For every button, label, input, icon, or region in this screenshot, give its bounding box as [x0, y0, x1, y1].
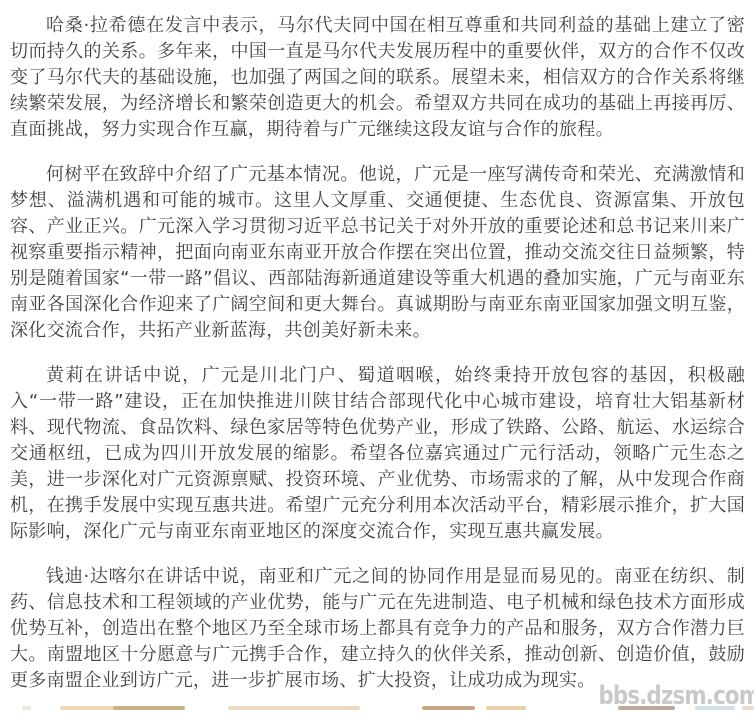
watermark: bbs.dzsm.com	[598, 681, 754, 711]
photo-strip-segment	[228, 706, 360, 710]
paragraph-speech-chandy-dakar: 钱迪·达喀尔在讲话中说，南亚和广元之间的协同作用是显而易见的。南亚在纺织、制药、…	[10, 564, 745, 694]
photo-strip-segment	[22, 706, 31, 710]
article-page: 哈桑·拉希德在发言中表示，马尔代夫同中国在相互尊重和共同利益的基础上建立了密切而…	[0, 0, 754, 714]
photo-strip-segment	[422, 706, 475, 710]
photo-strip-segment	[60, 706, 115, 710]
paragraph-speech-hassan-rasheed: 哈桑·拉希德在发言中表示，马尔代夫同中国在相互尊重和共同利益的基础上建立了密切而…	[10, 13, 745, 143]
paragraph-speech-he-shuping: 何树平在致辞中介绍了广元基本情况。他说，广元是一座写满传奇和荣光、充满激情和梦想…	[10, 162, 745, 344]
photo-strip-segment	[113, 706, 185, 710]
article-body: 哈桑·拉希德在发言中表示，马尔代夫同中国在相互尊重和共同利益的基础上建立了密切而…	[0, 0, 754, 694]
paragraph-speech-huang-li: 黄莉在讲话中说，广元是川北门户、蜀道咽喉，始终秉持开放包容的基因，积极融入“一带…	[10, 363, 745, 545]
photo-strip-segment	[486, 706, 526, 710]
